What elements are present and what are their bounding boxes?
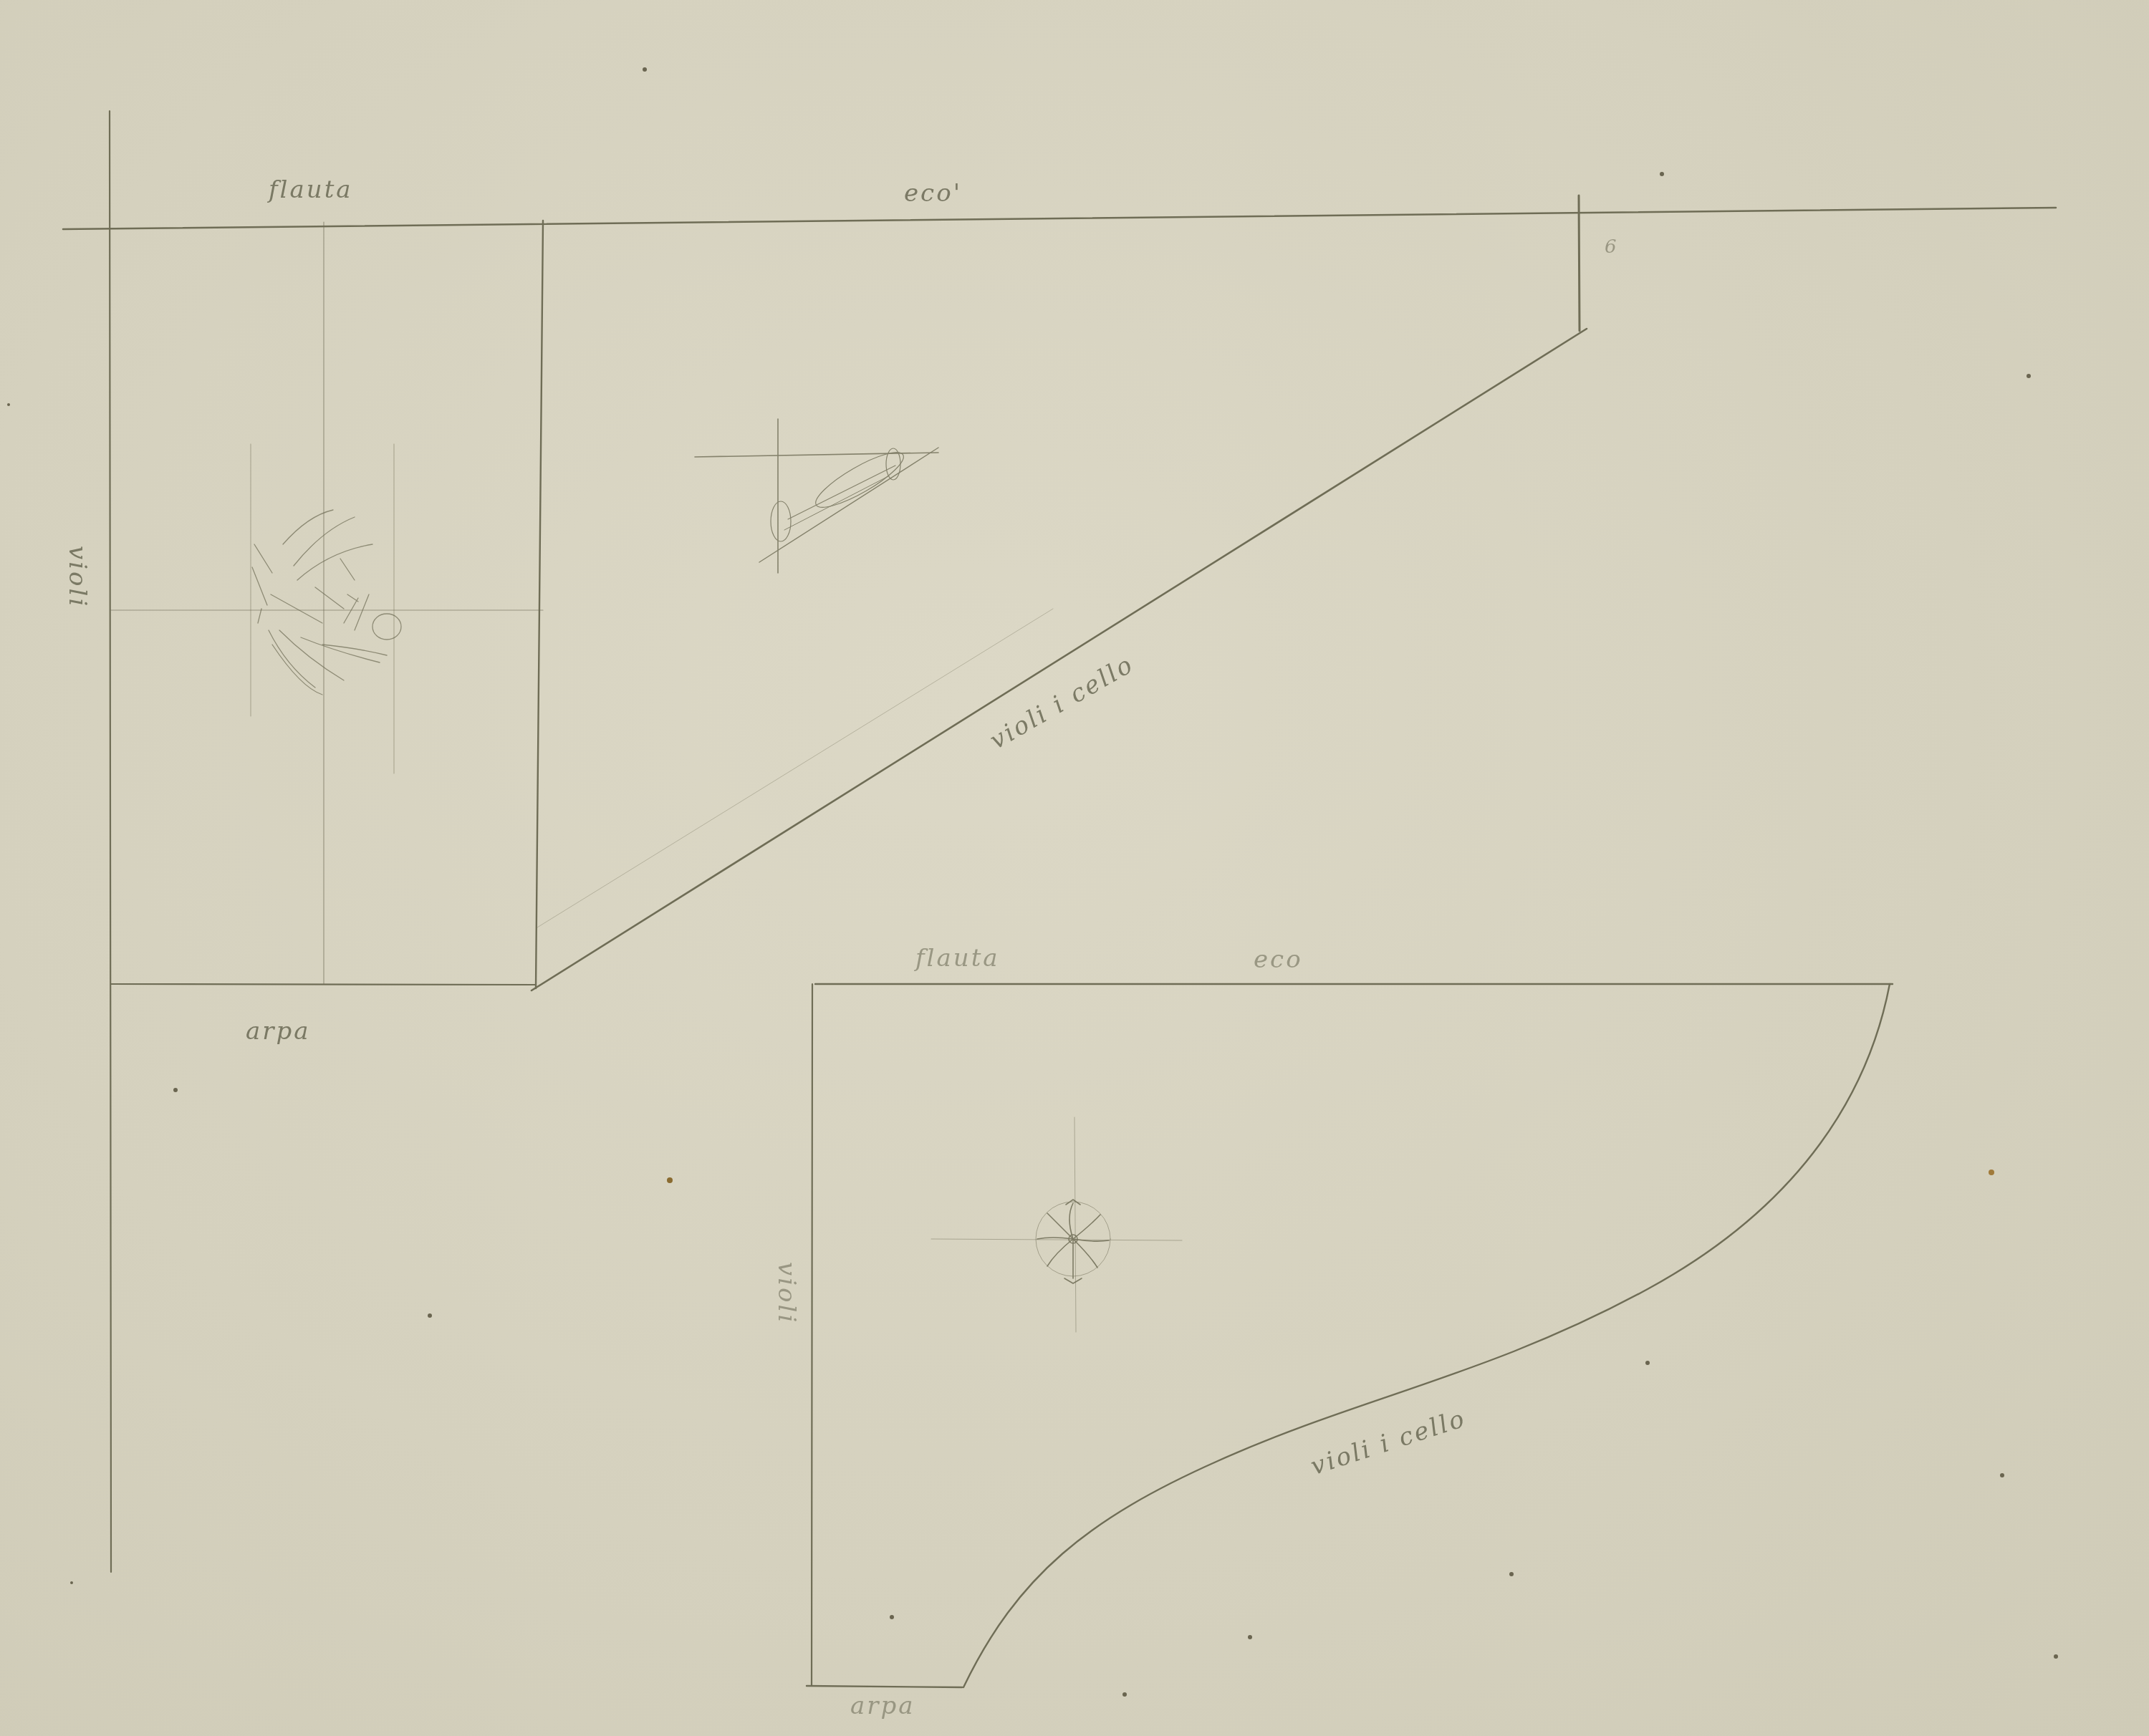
margin-note: 6 <box>1605 236 1619 258</box>
upper-divider-line <box>536 221 543 988</box>
label-violi-lower: violi <box>772 1262 801 1324</box>
left-axis-line <box>110 111 111 1572</box>
instrument-sketch-upper <box>695 419 938 573</box>
label-flauta-upper: flauta <box>269 175 353 204</box>
pencil-drawing <box>0 0 2149 1736</box>
harp-sketch <box>252 510 401 695</box>
label-eco-lower: eco <box>1254 945 1303 974</box>
lower-bottom-line <box>807 1686 962 1687</box>
label-violi-upper: violi <box>63 546 92 608</box>
drawing-sheet: flauta eco' violi violi i cello arpa 6 f… <box>0 0 2149 1736</box>
lower-curve <box>963 984 1890 1687</box>
label-arpa-lower: arpa <box>850 1692 915 1720</box>
rosette-ornament <box>1036 1200 1110 1283</box>
label-arpa-upper: arpa <box>246 1017 311 1046</box>
paper-specks <box>7 67 2058 1697</box>
label-flauta-lower: flauta <box>915 944 1000 973</box>
upper-top-line <box>63 208 2056 229</box>
label-eco-upper: eco' <box>904 179 962 208</box>
upper-diagonal-line <box>532 329 1587 990</box>
upper-right-line <box>1579 196 1580 331</box>
lower-left-line <box>812 984 812 1686</box>
